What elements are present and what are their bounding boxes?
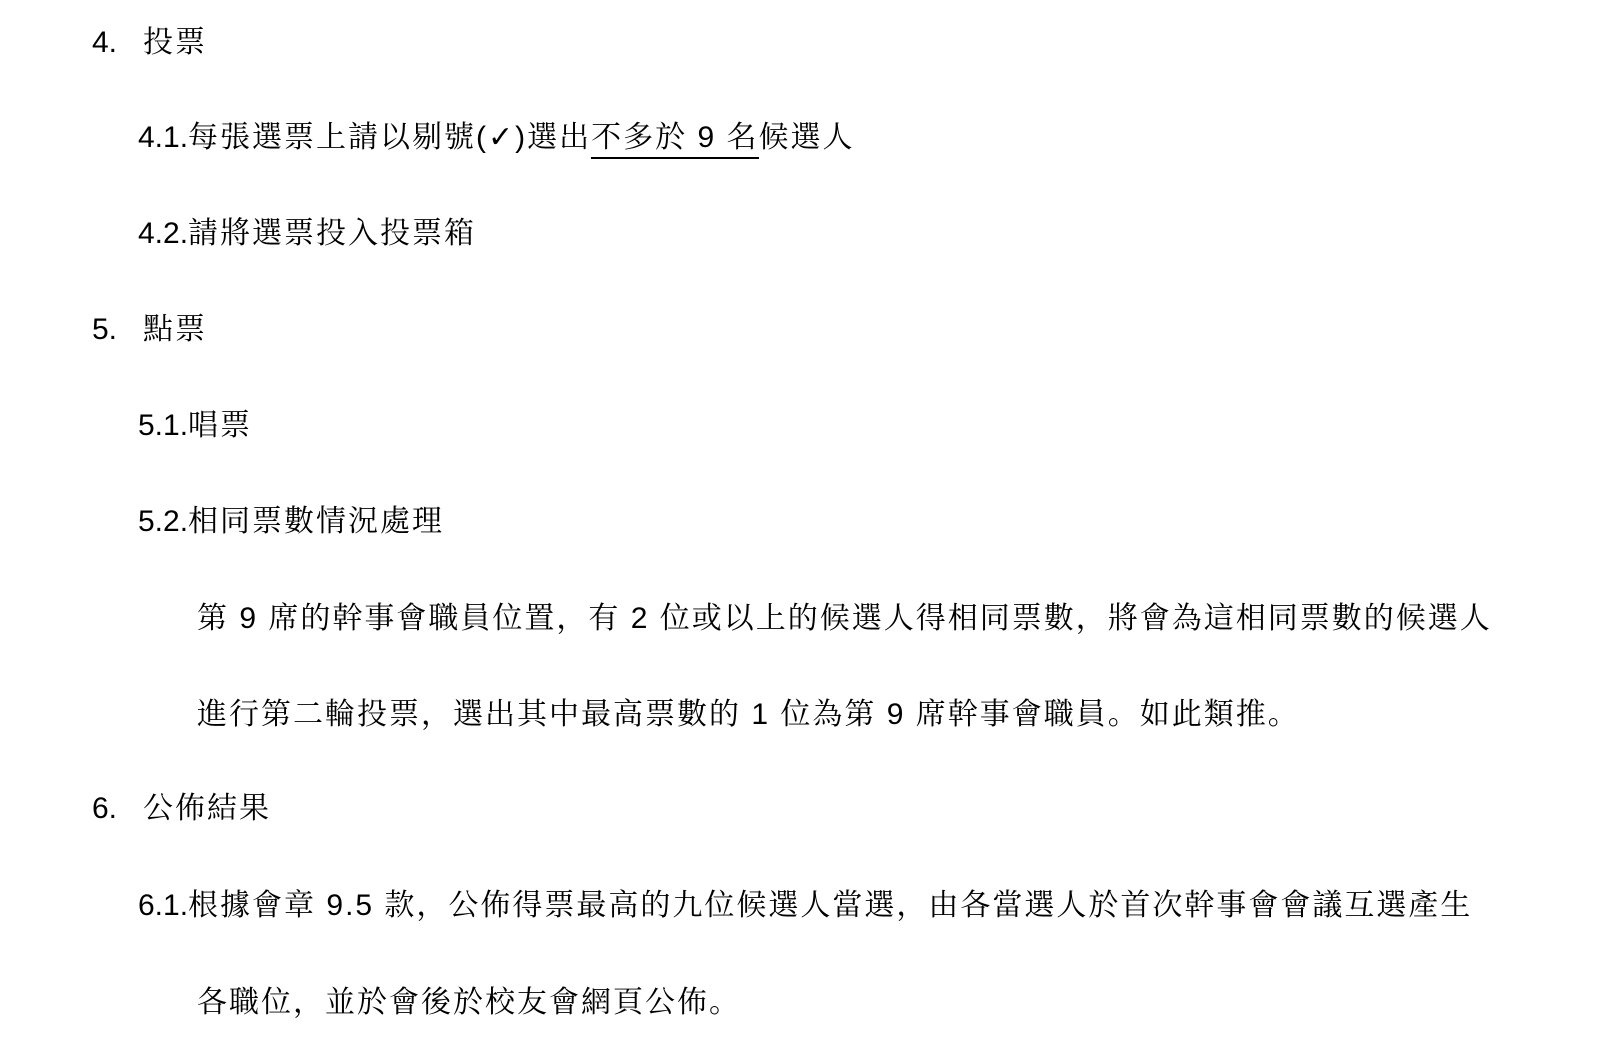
paragraph-text: 進行第二輪投票，選出其中最高票數的 1 位為第 9 席幹事會職員。如此類推。 [197,698,1300,731]
paragraph-line: 第 9 席的幹事會職員位置，有 2 位或以上的候選人得相同票數，將會為這相同票數… [197,601,1492,637]
section-title: 點票 [143,313,207,346]
item-text-after-underline: 候選人 [759,121,855,154]
item-number: 6.1. [138,889,188,922]
item-text: 請將選票投入投票箱 [188,217,476,250]
section-number: 6. [92,791,143,827]
section-title: 公佈結果 [143,792,271,825]
section-heading-4: 4.投票 [92,25,207,61]
item-text: 根據會章 9.5 款，公佈得票最高的九位候選人當選，由各當選人於首次幹事會會議互… [188,889,1472,922]
list-item-5-1: 5.1.唱票 [138,408,252,444]
item-number: 5.2. [138,505,188,538]
document-page: 4.投票 4.1.每張選票上請以剔號(✓)選出不多於 9 名候選人 4.2.請將… [0,0,1600,1057]
list-item-5-2: 5.2.相同票數情況處理 [138,504,444,540]
section-heading-6: 6.公佈結果 [92,791,271,827]
section-title: 投票 [143,26,207,59]
paragraph-line: 各職位，並於會後於校友會網頁公佈。 [197,985,741,1021]
list-item-4-2: 4.2.請將選票投入投票箱 [138,216,476,252]
section-number: 4. [92,25,143,61]
item-number: 4.2. [138,217,188,250]
item-text: 相同票數情況處理 [188,505,444,538]
section-heading-5: 5.點票 [92,312,207,348]
item-text-before-underline: 每張選票上請以剔號(✓)選出 [188,121,591,154]
paragraph-line: 進行第二輪投票，選出其中最高票數的 1 位為第 9 席幹事會職員。如此類推。 [197,697,1300,733]
item-number: 4.1. [138,121,188,154]
paragraph-text: 第 9 席的幹事會職員位置，有 2 位或以上的候選人得相同票數，將會為這相同票數… [197,602,1492,635]
item-text: 唱票 [188,409,252,442]
underlined-phrase: 不多於 9 名 [591,121,758,159]
item-number: 5.1. [138,409,188,442]
paragraph-text: 各職位，並於會後於校友會網頁公佈。 [197,986,741,1019]
list-item-6-1: 6.1.根據會章 9.5 款，公佈得票最高的九位候選人當選，由各當選人於首次幹事… [138,888,1472,924]
section-number: 5. [92,312,143,348]
list-item-4-1: 4.1.每張選票上請以剔號(✓)選出不多於 9 名候選人 [138,120,855,156]
